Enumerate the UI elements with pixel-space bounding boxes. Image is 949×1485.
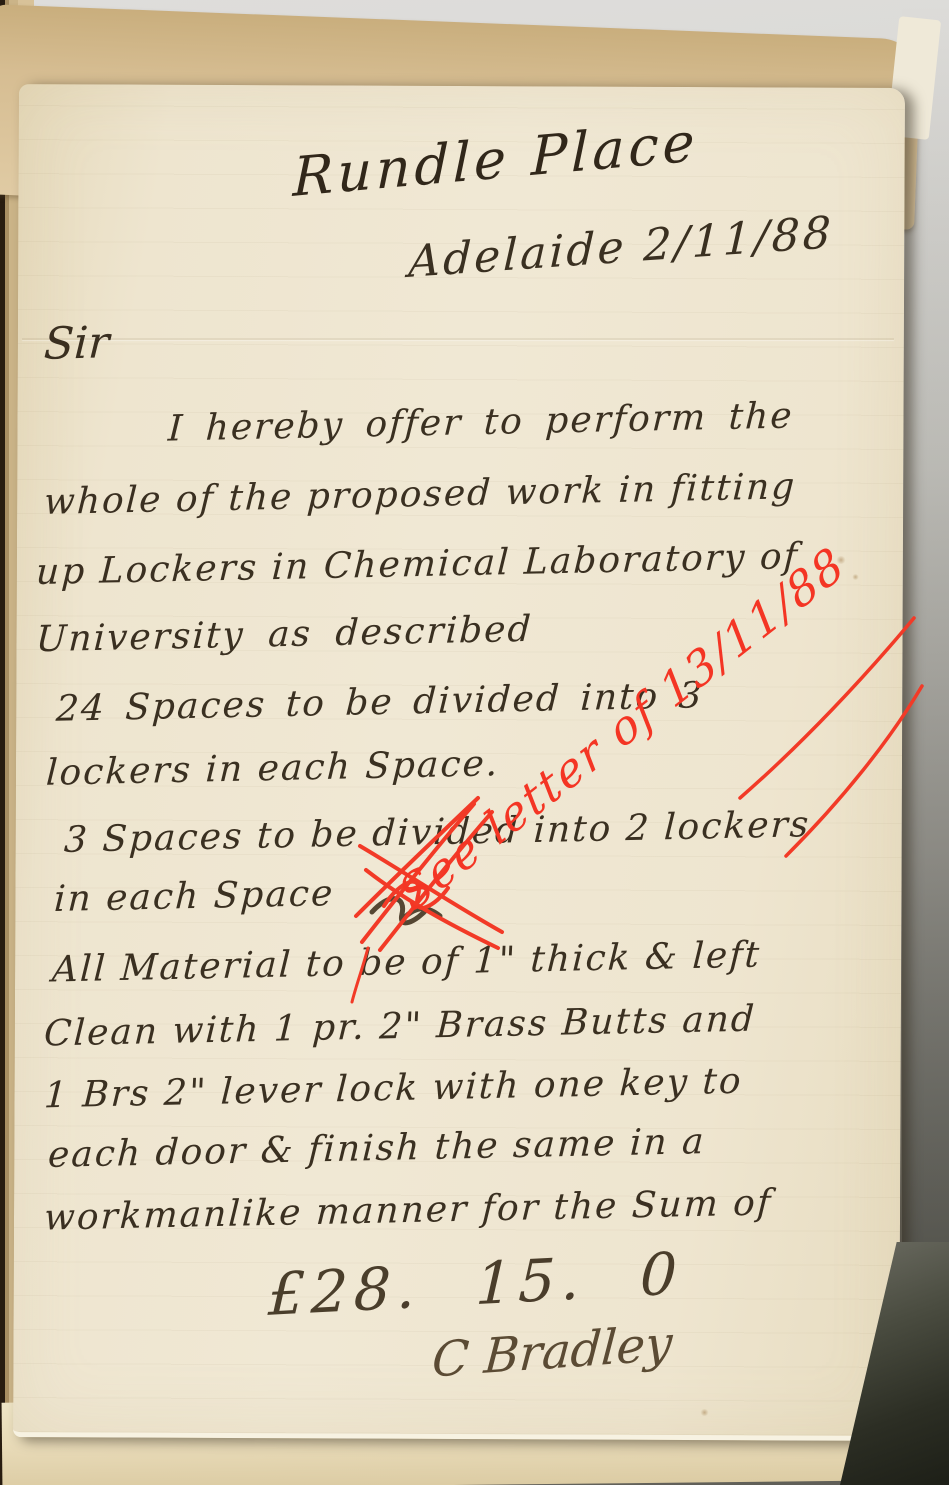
paper-crease [22, 338, 894, 340]
scanned-letter-photo: Rundle Place Adelaide 2/11/88 Sir I here… [0, 0, 949, 1485]
foxing-spot [700, 1409, 709, 1416]
salutation: Sir [43, 317, 111, 369]
body-line: in each Space [53, 873, 335, 920]
